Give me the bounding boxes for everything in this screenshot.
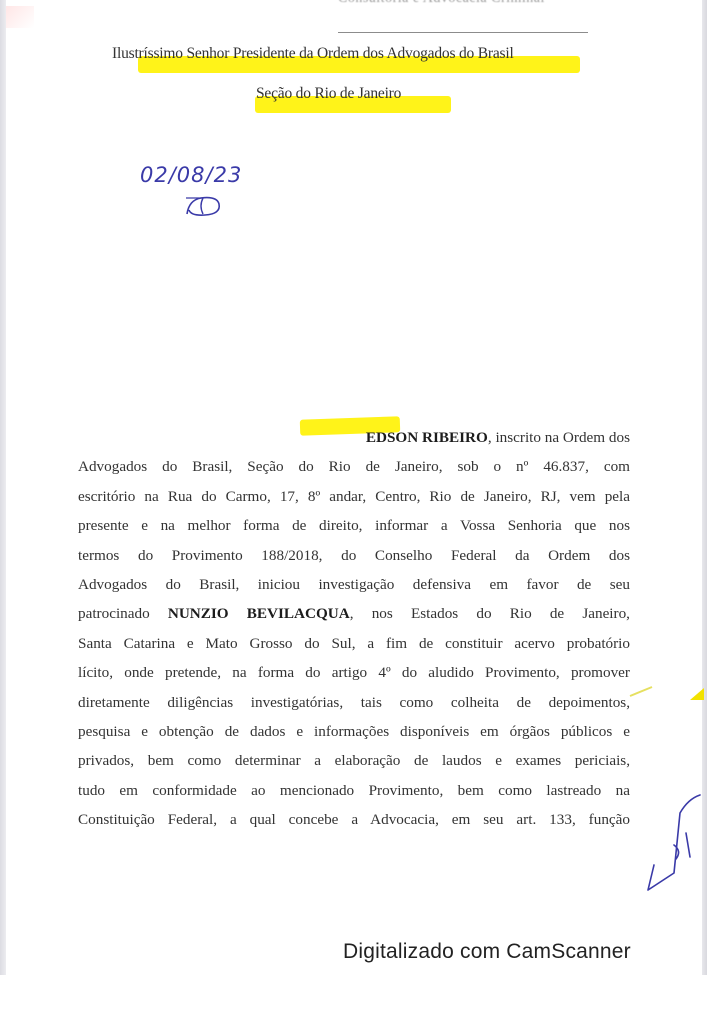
body-text-fragment: termos do Provimento 188/2018, do Consel…	[78, 547, 630, 564]
body-line: Advogados do Brasil, Seção do Rio de Jan…	[78, 452, 630, 481]
body-text-fragment: escritório na Rua do Carmo, 17, 8º andar…	[78, 488, 630, 505]
body-line: lícito, onde pretende, na forma do artig…	[78, 658, 630, 687]
scanned-page: Consultoria e Advocacia Criminal Ilustrí…	[0, 0, 707, 975]
addressee-line1: Ilustríssimo Senhor Presidente da Ordem …	[112, 45, 514, 63]
body-line: EDSON RIBEIRO, inscrito na Ordem dos	[78, 423, 630, 452]
body-text-fragment: , inscrito na Ordem dos	[488, 429, 630, 446]
body-text-fragment: diretamente diligências investigatórias,…	[78, 694, 630, 711]
body-text-fragment: Advogados do Brasil, Seção do Rio de Jan…	[78, 458, 630, 475]
body-text-fragment: tudo em conformidade ao mencionado Provi…	[78, 782, 630, 799]
body-line: Constituição Federal, a qual concebe a A…	[78, 805, 630, 834]
body-text-fragment: Santa Catarina e Mato Grosso do Sul, a f…	[78, 635, 630, 652]
addressee-line2: Seção do Rio de Janeiro	[256, 85, 401, 103]
letterhead-divider	[338, 32, 588, 33]
highlighter-tick-icon	[628, 684, 658, 700]
handwritten-initials-icon	[183, 190, 233, 220]
scanner-watermark: Digitalizado com CamScanner	[343, 940, 631, 964]
body-line: Advogados do Brasil, iniciou investigaçã…	[78, 570, 630, 599]
body-text-fragment: presente e na melhor forma de direito, i…	[78, 517, 630, 534]
letter-body: EDSON RIBEIRO, inscrito na Ordem dosAdvo…	[78, 423, 630, 834]
page-corner-tint	[6, 6, 34, 28]
page-left-edge	[0, 0, 6, 975]
letterhead-text: Consultoria e Advocacia Criminal	[338, 0, 583, 9]
handwritten-rubric-icon	[640, 785, 707, 895]
body-line: escritório na Rua do Carmo, 17, 8º andar…	[78, 482, 630, 511]
body-text-fragment: lícito, onde pretende, na forma do artig…	[78, 664, 630, 681]
body-line: privados, bem como determinar a elaboraç…	[78, 746, 630, 775]
body-text-fragment: privados, bem como determinar a elaboraç…	[78, 752, 630, 769]
body-text-fragment: , nos Estados do Rio de Janeiro,	[350, 605, 630, 622]
body-line: patrocinado NUNZIO BEVILACQUA, nos Estad…	[78, 599, 630, 628]
body-line: termos do Provimento 188/2018, do Consel…	[78, 541, 630, 570]
body-text-fragment: Constituição Federal, a qual concebe a A…	[78, 811, 630, 828]
body-line: presente e na melhor forma de direito, i…	[78, 511, 630, 540]
bold-name: EDSON RIBEIRO	[366, 429, 488, 446]
body-text-fragment: Advogados do Brasil, iniciou investigaçã…	[78, 576, 630, 593]
handwritten-date: 02/08/23	[140, 163, 242, 187]
highlighter-edge-mark-icon	[690, 686, 706, 702]
body-line: tudo em conformidade ao mencionado Provi…	[78, 776, 630, 805]
body-line: Santa Catarina e Mato Grosso do Sul, a f…	[78, 629, 630, 658]
body-line: diretamente diligências investigatórias,…	[78, 688, 630, 717]
body-line: pesquisa e obtenção de dados e informaçõ…	[78, 717, 630, 746]
bold-name: NUNZIO BEVILACQUA	[168, 605, 350, 622]
body-text-fragment: patrocinado	[78, 605, 168, 622]
body-text-fragment: pesquisa e obtenção de dados e informaçõ…	[78, 723, 630, 740]
